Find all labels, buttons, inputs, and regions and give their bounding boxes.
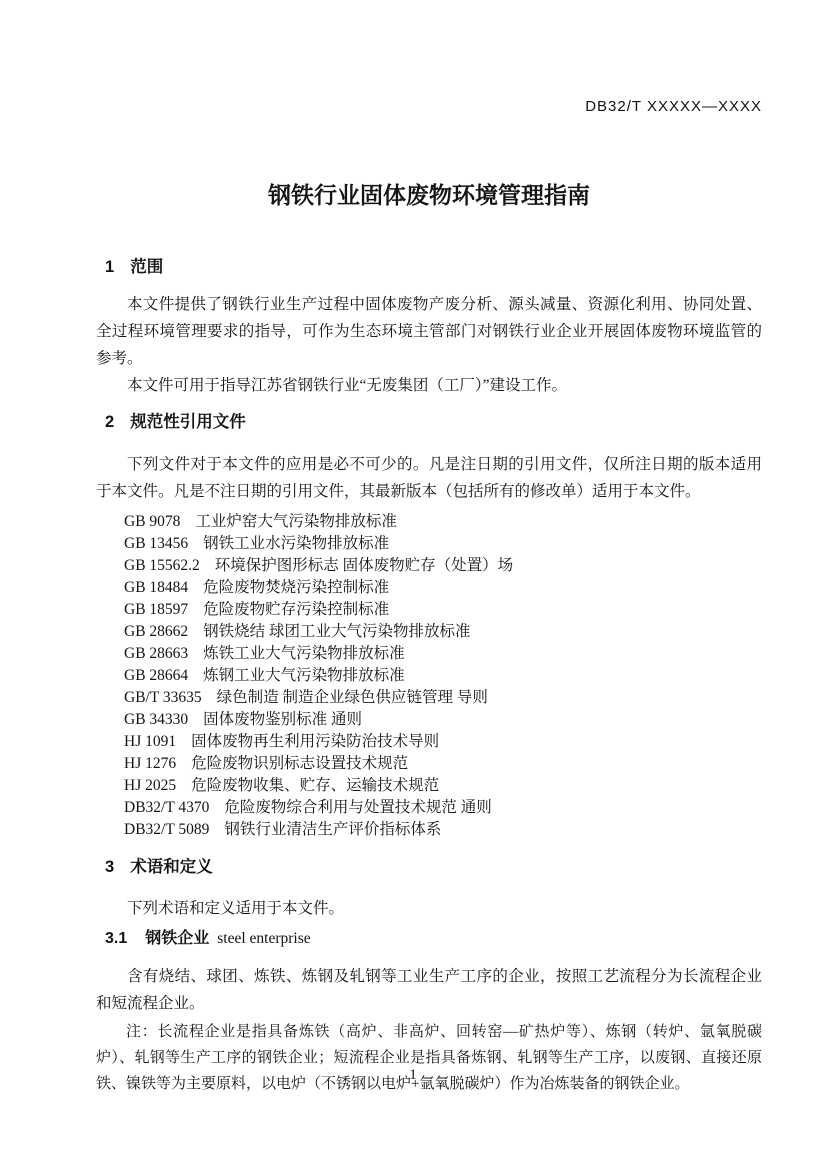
reference-code: GB 9078 [124,511,180,533]
reference-title: 工业炉窑大气污染物排放标准 [195,511,397,533]
reference-code: HJ 1276 [124,753,176,775]
reference-title: 炼铁工业大气污染物排放标准 [203,643,405,665]
document-content: DB32/T XXXXX—XXXX 钢铁行业固体废物环境管理指南 1范围 本文件… [96,0,762,1097]
reference-item: GB 9078工业炉窑大气污染物排放标准 [124,511,762,533]
section-refs-number: 2 [105,413,114,431]
reference-code: DB32/T 5089 [124,819,209,841]
term-entry: 3.1钢铁企业steel enterprise [96,928,762,950]
term-name-en: steel enterprise [217,930,310,947]
refs-intro-paragraph: 下列文件对于本文件的应用是必不可少的。凡是注日期的引用文件，仅所注日期的版本适用… [96,451,762,505]
section-scope-title: 范围 [130,258,163,276]
reference-item: DB32/T 5089钢铁行业清洁生产评价指标体系 [124,819,762,841]
reference-code: GB 34330 [124,709,188,731]
section-terms-title: 术语和定义 [130,858,213,876]
reference-code: GB 13456 [124,533,188,555]
document-page: DB32/T XXXXX—XXXX 钢铁行业固体废物环境管理指南 1范围 本文件… [0,0,826,1169]
reference-item: GB 15562.2环境保护图形标志 固体废物贮存（处置）场 [124,555,762,577]
reference-item: HJ 1091固体废物再生利用污染防治技术导则 [124,731,762,753]
reference-code: GB 28664 [124,665,188,687]
section-scope-number: 1 [105,258,114,276]
term-name-zh: 钢铁企业 [145,930,209,947]
reference-item: GB 28662钢铁烧结 球团工业大气污染物排放标准 [124,621,762,643]
reference-title: 固体废物鉴别标准 通则 [203,709,362,731]
reference-item: HJ 1276危险废物识别标志设置技术规范 [124,753,762,775]
reference-title: 钢铁工业水污染物排放标准 [203,533,389,555]
reference-item: GB 13456钢铁工业水污染物排放标准 [124,533,762,555]
reference-title: 危险废物识别标志设置技术规范 [191,753,408,775]
reference-title: 钢铁烧结 球团工业大气污染物排放标准 [203,621,470,643]
reference-code: GB/T 33635 [124,687,202,709]
reference-item: GB 18597危险废物贮存污染控制标准 [124,599,762,621]
term-definition-paragraph: 含有烧结、球团、炼铁、炼钢及轧钢等工业生产工序的企业，按照工艺流程分为长流程企业… [96,963,762,1017]
reference-code: GB 15562.2 [124,555,200,577]
reference-code: GB 18484 [124,577,188,599]
reference-code: GB 28662 [124,621,188,643]
scope-paragraph-2: 本文件可用于指导江苏省钢铁行业“无废集团（工厂）”建设工作。 [96,372,762,399]
section-refs-title: 规范性引用文件 [130,413,246,431]
reference-title: 危险废物焚烧污染控制标准 [203,577,389,599]
reference-item: GB 28663炼铁工业大气污染物排放标准 [124,643,762,665]
section-scope-heading: 1范围 [96,257,762,277]
reference-title: 危险废物收集、贮存、运输技术规范 [191,775,439,797]
reference-item: GB 28664炼钢工业大气污染物排放标准 [124,665,762,687]
section-terms-heading: 3术语和定义 [96,857,762,877]
reference-code: HJ 1091 [124,731,176,753]
reference-title: 危险废物贮存污染控制标准 [203,599,389,621]
doc-code: DB32/T XXXXX—XXXX [96,98,762,116]
term-number: 3.1 [105,930,127,947]
reference-item: HJ 2025危险废物收集、贮存、运输技术规范 [124,775,762,797]
reference-title: 危险废物综合利用与处置技术规范 通则 [224,797,491,819]
term-note-paragraph: 注：长流程企业是指具备炼铁（高炉、非高炉、回转窑—矿热炉等）、炼钢（转炉、氩氧脱… [96,1019,762,1097]
page-number: 1 [0,1066,826,1084]
reference-item: DB32/T 4370危险废物综合利用与处置技术规范 通则 [124,797,762,819]
section-terms-number: 3 [105,858,114,876]
scope-paragraph-1: 本文件提供了钢铁行业生产过程中固体废物产废分析、源头减量、资源化利用、协同处置、… [96,291,762,372]
reference-code: GB 28663 [124,643,188,665]
reference-title: 环境保护图形标志 固体废物贮存（处置）场 [215,555,513,577]
reference-code: GB 18597 [124,599,188,621]
reference-code: HJ 2025 [124,775,176,797]
terms-intro-paragraph: 下列术语和定义适用于本文件。 [96,895,762,922]
reference-item: GB 34330固体废物鉴别标准 通则 [124,709,762,731]
reference-list: GB 9078工业炉窑大气污染物排放标准 GB 13456钢铁工业水污染物排放标… [96,511,762,841]
reference-item: GB/T 33635绿色制造 制造企业绿色供应链管理 导则 [124,687,762,709]
reference-title: 炼钢工业大气污染物排放标准 [203,665,405,687]
reference-title: 钢铁行业清洁生产评价指标体系 [224,819,441,841]
reference-item: GB 18484危险废物焚烧污染控制标准 [124,577,762,599]
section-refs-heading: 2规范性引用文件 [96,412,762,432]
doc-title: 钢铁行业固体废物环境管理指南 [96,180,762,210]
reference-code: DB32/T 4370 [124,797,209,819]
reference-title: 固体废物再生利用污染防治技术导则 [191,731,439,753]
reference-title: 绿色制造 制造企业绿色供应链管理 导则 [217,687,488,709]
